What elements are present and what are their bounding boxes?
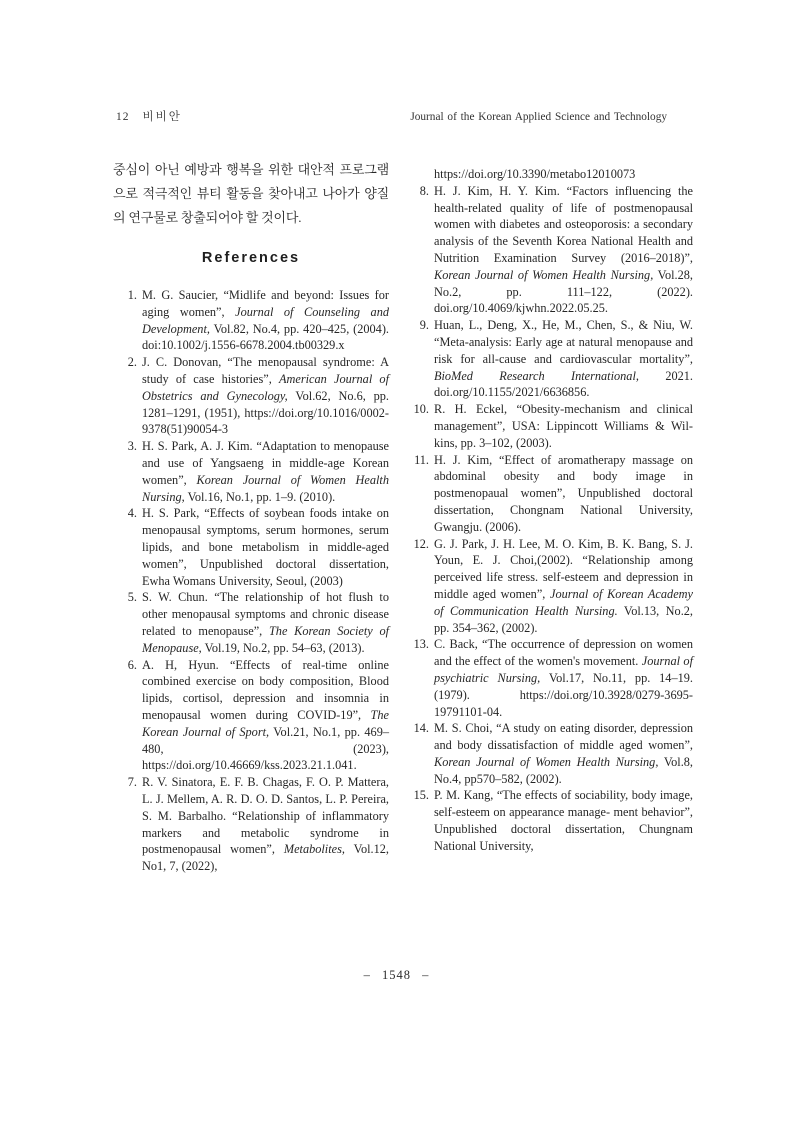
- reference-text: R. V. Sinatora, E. F. B. Chagas, F. O. P…: [142, 775, 389, 873]
- reference-item-14: 14.M. S. Choi, “A study on eating disord…: [405, 720, 693, 787]
- reference-number: 7.: [114, 774, 137, 791]
- reference-number: 4.: [114, 505, 137, 522]
- reference-number: 13.: [406, 636, 429, 653]
- journal-name-italic: Metabolites,: [284, 842, 345, 856]
- reference-text: R. H. Eckel, “Obesity-mechanism and clin…: [434, 402, 693, 450]
- right-column: https://doi.org/10.3390/metabo120100738.…: [405, 166, 693, 855]
- reference-number: 11.: [406, 452, 429, 469]
- reference-text-segment: H. S. Park, “Effects of soybean foods in…: [142, 506, 389, 587]
- reference-text-segment: https://doi.org/10.3390/metabo12010073: [434, 167, 635, 181]
- references-list-left: 1.M. G. Saucier, “Midlife and beyond: Is…: [113, 287, 389, 875]
- reference-text-segment: Vol.19, No.2, pp. 54–63, (2013).: [202, 641, 365, 655]
- reference-text: C. Back, “The occurrence of depression o…: [434, 637, 693, 718]
- running-head-left: 12비비안: [116, 110, 182, 125]
- reference-item-3: 3.H. S. Park, A. J. Kim. “Adaptation to …: [113, 438, 389, 505]
- reference-item-8: 8.H. J. Kim, H. Y. Kim. “Factors influen…: [405, 183, 693, 317]
- folio-page-number: – 1548 –: [364, 968, 430, 982]
- reference-item-2: 2.J. C. Donovan, “The menopausal syndrom…: [113, 354, 389, 438]
- journal-name-italic: BioMed Research International,: [434, 369, 639, 383]
- reference-number: 12.: [406, 536, 429, 553]
- reference-text: A. H, Hyun. “Effects of real-time online…: [142, 658, 389, 773]
- document-page: 12비비안 Journal of the Korean Applied Scie…: [0, 0, 793, 1121]
- reference-text-segment: H. J. Kim, H. Y. Kim. “Factors influenci…: [434, 184, 693, 265]
- reference-continuation-line: https://doi.org/10.3390/metabo12010073: [405, 166, 693, 183]
- reference-text: H. S. Park, “Effects of soybean foods in…: [142, 506, 389, 587]
- journal-name-italic: Korean Journal of Women Health Nursing,: [434, 755, 658, 769]
- references-heading: References: [113, 250, 389, 266]
- running-title: 비비안: [143, 111, 182, 123]
- reference-text-segment: R. H. Eckel, “Obesity-mechanism and clin…: [434, 402, 693, 450]
- reference-number: 10.: [406, 401, 429, 418]
- intro-paragraph: 중심이 아닌 예방과 행복을 위한 대안적 프로그램으로 적극적인 뷰티 활동을…: [113, 158, 389, 230]
- reference-number: 9.: [406, 317, 429, 334]
- reference-item-10: 10.R. H. Eckel, “Obesity-mechanism and c…: [405, 401, 693, 451]
- reference-number: 15.: [406, 787, 429, 804]
- references-list-right: https://doi.org/10.3390/metabo120100738.…: [405, 166, 693, 855]
- page-header: 12비비안 Journal of the Korean Applied Scie…: [116, 110, 667, 125]
- reference-item-6: 6.A. H, Hyun. “Effects of real-time onli…: [113, 657, 389, 775]
- reference-text-segment: P. M. Kang, “The effects of sociability,…: [434, 788, 693, 852]
- reference-text-segment: A. H, Hyun. “Effects of real-time online…: [142, 658, 389, 722]
- reference-text: H. J. Kim, H. Y. Kim. “Factors influenci…: [434, 184, 693, 316]
- reference-item-4: 4.H. S. Park, “Effects of soybean foods …: [113, 505, 389, 589]
- reference-number: 6.: [114, 657, 137, 674]
- reference-text: S. W. Chun. “The relationship of hot flu…: [142, 590, 389, 654]
- reference-text: H. J. Kim, “Effect of aromatherapy massa…: [434, 453, 693, 534]
- reference-item-12: 12.G. J. Park, J. H. Lee, M. O. Kim, B. …: [405, 536, 693, 637]
- reference-number: 3.: [114, 438, 137, 455]
- reference-item-9: 9.Huan, L., Deng, X., He, M., Chen, S., …: [405, 317, 693, 401]
- reference-text: P. M. Kang, “The effects of sociability,…: [434, 788, 693, 852]
- reference-text-segment: H. J. Kim, “Effect of aromatherapy massa…: [434, 453, 693, 534]
- reference-text: G. J. Park, J. H. Lee, M. O. Kim, B. K. …: [434, 537, 693, 635]
- reference-item-1: 1.M. G. Saucier, “Midlife and beyond: Is…: [113, 287, 389, 354]
- reference-text-segment: M. S. Choi, “A study on eating disorder,…: [434, 721, 693, 752]
- reference-text-segment: Vol.16, No.1, pp. 1–9. (2010).: [185, 490, 336, 504]
- reference-text: https://doi.org/10.3390/metabo12010073: [434, 167, 635, 181]
- header-page-number: 12: [116, 111, 130, 123]
- reference-item-7: 7.R. V. Sinatora, E. F. B. Chagas, F. O.…: [113, 774, 389, 875]
- reference-number: 1.: [114, 287, 137, 304]
- reference-text-segment: Huan, L., Deng, X., He, M., Chen, S., & …: [434, 318, 693, 366]
- reference-text: M. G. Saucier, “Midlife and beyond: Issu…: [142, 288, 389, 352]
- reference-text: J. C. Donovan, “The menopausal syndrome:…: [142, 355, 389, 436]
- reference-text: M. S. Choi, “A study on eating disorder,…: [434, 721, 693, 785]
- page-footer: – 1548 –: [0, 968, 793, 983]
- reference-number: 14.: [406, 720, 429, 737]
- reference-item-11: 11.H. J. Kim, “Effect of aromatherapy ma…: [405, 452, 693, 536]
- reference-number: 5.: [114, 589, 137, 606]
- reference-item-15: 15.P. M. Kang, “The effects of sociabili…: [405, 787, 693, 854]
- left-column: 중심이 아닌 예방과 행복을 위한 대안적 프로그램으로 적극적인 뷰티 활동을…: [113, 158, 389, 875]
- reference-number: 2.: [114, 354, 137, 371]
- reference-text: H. S. Park, A. J. Kim. “Adaptation to me…: [142, 439, 389, 503]
- reference-item-5: 5.S. W. Chun. “The relationship of hot f…: [113, 589, 389, 656]
- journal-name-italic: Korean Journal of Women Health Nursing,: [434, 268, 653, 282]
- journal-title: Journal of the Korean Applied Science an…: [410, 110, 667, 125]
- reference-item-13: 13.C. Back, “The occurrence of depressio…: [405, 636, 693, 720]
- reference-text: Huan, L., Deng, X., He, M., Chen, S., & …: [434, 318, 693, 399]
- reference-number: 8.: [406, 183, 429, 200]
